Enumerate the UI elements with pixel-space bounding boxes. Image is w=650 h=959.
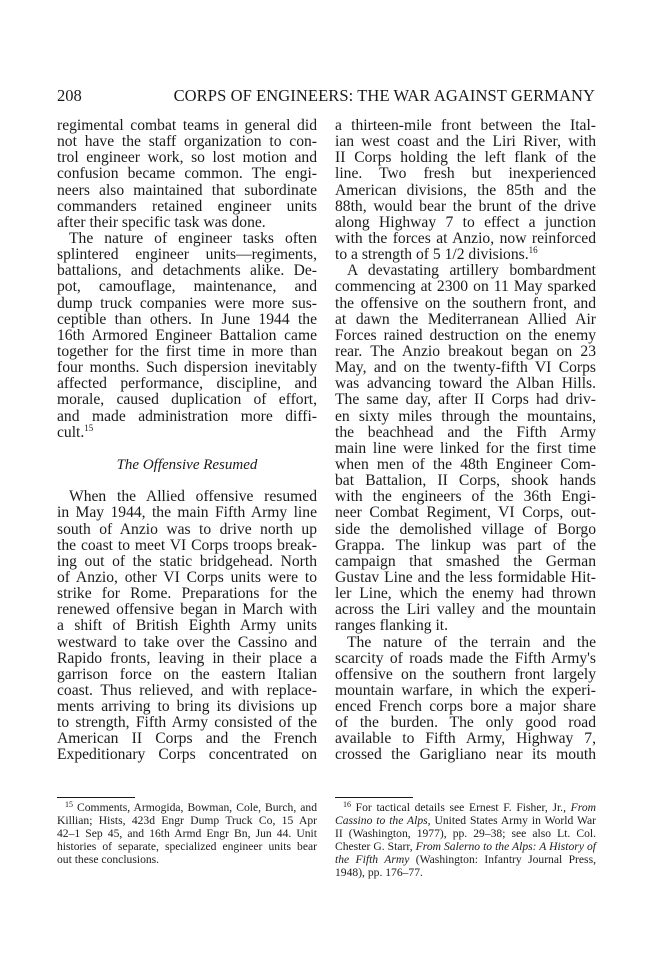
text-line: enced French corps bore a major share [335, 699, 596, 715]
text-line: a shift of British Eighth Army units [57, 618, 317, 634]
text-line: the beachhead and the Fifth Army [335, 425, 596, 441]
text-line: ing out of the static bridgehead. North [57, 554, 317, 570]
text-line: at dawn the Mediterranean Allied Air [335, 312, 596, 328]
footnote-rule [335, 797, 413, 798]
text-line: American divisions, the 85th and the [335, 183, 596, 199]
text-line: not have the staff organization to con- [57, 134, 317, 150]
section-heading: The Offensive Resumed [57, 457, 317, 473]
text-line: A devastating artillery bombardment [335, 263, 596, 279]
spacer [57, 473, 317, 489]
text-line: When the Allied offensive resumed [57, 489, 317, 505]
text-line: ian west coast and the Liri River, with [335, 134, 596, 150]
running-title: CORPS OF ENGINEERS: THE WAR AGAINST GERM… [174, 86, 595, 106]
text-line: cult.15 [57, 425, 317, 441]
text-line: and made administration more diffi- [57, 409, 317, 425]
text-line: May, and on the twenty-fifth VI Corps [335, 360, 596, 376]
footnote-line: histories of separate, specialized engin… [57, 840, 317, 853]
text-line: to strength, Fifth Army consisted of the [57, 715, 317, 731]
paragraph-6: The nature of the terrain and the scarci… [335, 635, 596, 764]
text-line: available to Fifth Army, Highway 7, [335, 731, 596, 747]
text-line: westward to take over the Cassino and [57, 635, 317, 651]
text-line: American II Corps and the French [57, 731, 317, 747]
text-line: ler Line, which the enemy had thrown [335, 586, 596, 602]
text-line: rear. The Anzio breakout began on 23 [335, 344, 596, 360]
text-line: renewed offensive began in March with [57, 602, 317, 618]
footnote-15: 15 Comments, Armogida, Bowman, Cole, Bur… [57, 797, 317, 866]
text-line: ranges flanking it. [335, 618, 596, 634]
paragraph-5: A devastating artillery bombardment comm… [335, 263, 596, 634]
footnote-line: 16 For tactical details see Ernest F. Fi… [335, 801, 596, 814]
text-line: neers also maintained that subordinate [57, 183, 317, 199]
text-line: the coast to meet VI Corps troops break- [57, 538, 317, 554]
text-line: of the burden. The only good road [335, 715, 596, 731]
paragraph-3: When the Allied offensive resumed in May… [57, 489, 317, 763]
text-line: Grappa. The linkup was part of the [335, 538, 596, 554]
text-line: Rapido fronts, leaving in their place a [57, 651, 317, 667]
paragraph-1: regimental combat teams in general did n… [57, 118, 317, 231]
text-line: crossed the Garigliano near its mouth [335, 747, 596, 763]
text-line: line. Two fresh but inexperienced [335, 166, 596, 182]
text-line: bat Battalion, II Corps, shook hands [335, 473, 596, 489]
text-line: the offensive on the southern front, and [335, 296, 596, 312]
paragraph-2: The nature of engineer tasks often splin… [57, 231, 317, 441]
text-line: regimental combat teams in general did [57, 118, 317, 134]
footnote-line: out these conclusions. [57, 853, 317, 866]
text-line: pot, camouflage, maintenance, and [57, 279, 317, 295]
footnote-line: II (Washington, 1977), pp. 29–38; see al… [335, 827, 596, 840]
text-line: 88th, would bear the brunt of the drive [335, 199, 596, 215]
footnote-line: Killian; Hists, 423d Engr Dump Truck Co,… [57, 814, 317, 827]
text-line: together for the first time in more than [57, 344, 317, 360]
footnote-line: 15 Comments, Armogida, Bowman, Cole, Bur… [57, 801, 317, 814]
text-line: ments arriving to bring its divisions up [57, 699, 317, 715]
footnote-line: the Fifth Army (Washington: Infantry Jou… [335, 853, 596, 866]
text-line: when men of the 48th Engineer Com- [335, 457, 596, 473]
footnote-16: 16 For tactical details see Ernest F. Fi… [335, 797, 596, 880]
text-line: Expeditionary Corps concentrated on [57, 747, 317, 763]
text-line: Forces rained destruction on the enemy [335, 328, 596, 344]
text-line: side the demolished village of Borgo [335, 522, 596, 538]
running-header: 208 CORPS OF ENGINEERS: THE WAR AGAINST … [57, 86, 595, 106]
text-line: The nature of engineer tasks often [57, 231, 317, 247]
text-line: coast. Thus relieved, and with replace- [57, 683, 317, 699]
text-line: en sixty miles through the mountains, [335, 409, 596, 425]
text-line: with the engineers of the 36th Engi- [335, 489, 596, 505]
text-line: II Corps holding the left flank of the [335, 150, 596, 166]
text-line: was advancing toward the Alban Hills. [335, 376, 596, 392]
text-line: 16th Armored Engineer Battalion came [57, 328, 317, 344]
text-line: garrison force on the eastern Italian [57, 667, 317, 683]
footnote-line: Chester G. Starr, From Salerno to the Al… [335, 840, 596, 853]
text-line: ceptible than others. In June 1944 the [57, 312, 317, 328]
spacer [57, 441, 317, 457]
paragraph-4: a thirteen-mile front between the Ital- … [335, 118, 596, 263]
text-line: in May 1944, the main Fifth Army line [57, 505, 317, 521]
footnote-line: 1948), pp. 176–77. [335, 866, 596, 879]
text-line: with the forces at Anzio, now reinforced [335, 231, 596, 247]
text-line: neer Combat Regiment, VI Corps, out- [335, 505, 596, 521]
text-line: Gustav Line and the less formidable Hit- [335, 570, 596, 586]
right-column: a thirteen-mile front between the Ital- … [335, 118, 596, 764]
text-line: campaign that smashed the German [335, 554, 596, 570]
text-line: confusion became common. The engi- [57, 166, 317, 182]
text-line: trol engineer work, so lost motion and [57, 150, 317, 166]
footnote-rule [57, 797, 135, 798]
text-line: to a strength of 5 1/2 divisions.16 [335, 247, 596, 263]
left-column: regimental combat teams in general did n… [57, 118, 317, 764]
text-line: splintered engineer units—regiments, [57, 247, 317, 263]
footnote-ref-15[interactable]: 15 [84, 423, 93, 433]
text-line: commencing at 2300 on 11 May sparked [335, 279, 596, 295]
footnote-line: 42–1 Sep 45, and 16th Armd Engr Bn, Jun … [57, 827, 317, 840]
text-line: a thirteen-mile front between the Ital- [335, 118, 596, 134]
text-line: main line were linked for the first time [335, 441, 596, 457]
text-line: mountain warfare, in which the experi- [335, 683, 596, 699]
text-line: along Highway 7 to effect a junction [335, 215, 596, 231]
text-line: The same day, after II Corps had driv- [335, 392, 596, 408]
text-line: scarcity of roads made the Fifth Army's [335, 651, 596, 667]
text-line: of Anzio, other VI Corps units were to [57, 570, 317, 586]
text-line: south of Anzio was to drive north up [57, 522, 317, 538]
text-line: strike for Rome. Preparations for the [57, 586, 317, 602]
text-line: dump truck companies were more sus- [57, 296, 317, 312]
text-line: after their specific task was done. [57, 215, 317, 231]
text-line: The nature of the terrain and the [335, 635, 596, 651]
text-line: offensive on the southern front largely [335, 667, 596, 683]
text-line: four months. Such dispersion inevitably [57, 360, 317, 376]
text-line: affected performance, discipline, and [57, 376, 317, 392]
text-line: across the Liri valley and the mountain [335, 602, 596, 618]
text-line: morale, caused duplication of effort, [57, 392, 317, 408]
text-line: battalions, and detachments alike. De- [57, 263, 317, 279]
page-number: 208 [57, 86, 82, 106]
text-line: commanders retained engineer units [57, 199, 317, 215]
footnote-line: Cassino to the Alps, United States Army … [335, 814, 596, 827]
footnote-ref-16[interactable]: 16 [529, 245, 538, 255]
